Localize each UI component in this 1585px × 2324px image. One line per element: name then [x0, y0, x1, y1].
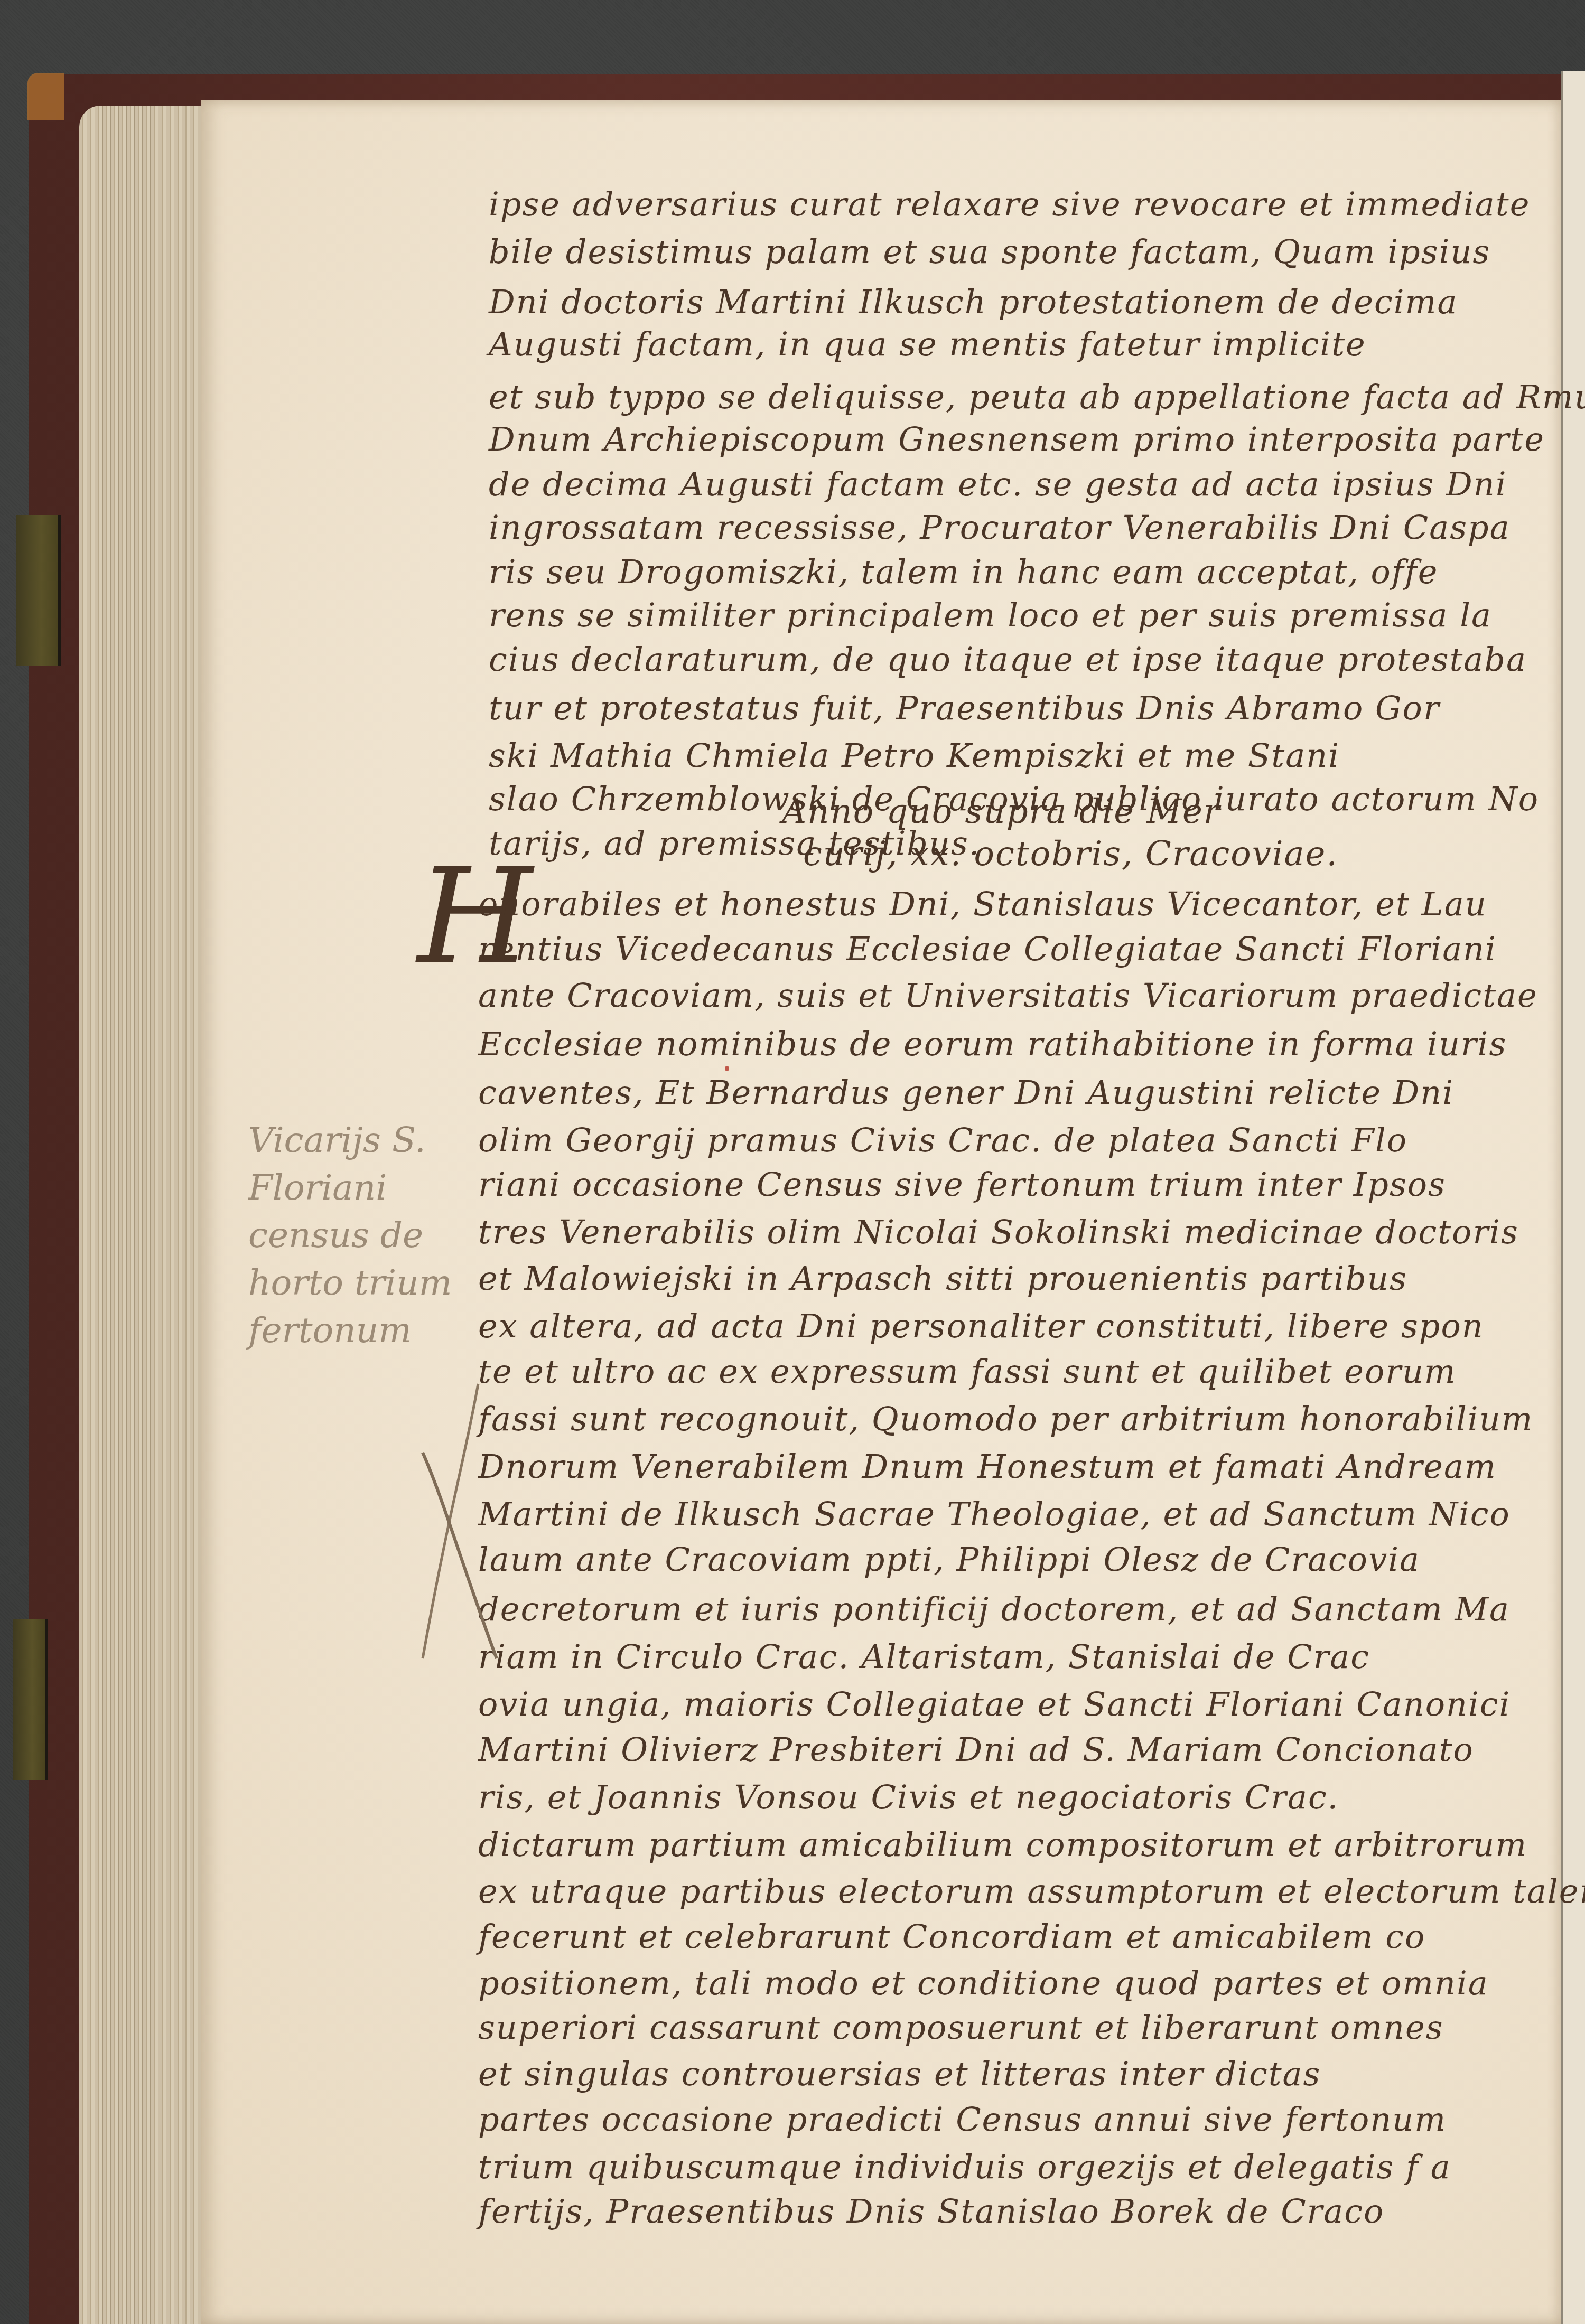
text-line: ex utraque partibus electorum assumptoru… [478, 1872, 1585, 1910]
text-line: te et ultro ac ex expressum fassi sunt e… [478, 1352, 1457, 1391]
text-line: fecerunt et celebrarunt Concordiam et am… [478, 1917, 1425, 1956]
text-line: dictarum partium amicabilium compositoru… [478, 1825, 1527, 1864]
heading-line: Anno quo supra die Mer [782, 792, 1220, 831]
text-line: Martini Olivierz Presbiteri Dni ad S. Ma… [478, 1730, 1474, 1769]
text-line: ante Cracoviam, suis et Universitatis Vi… [478, 976, 1538, 1015]
text-line: ski Mathia Chmiela Petro Kempiszki et me… [489, 736, 1340, 775]
text-line: Martini de Ilkusch Sacrae Theologiae, et… [478, 1495, 1511, 1533]
cover-corner-wear [27, 73, 64, 120]
text-line: olim Georgij pramus Civis Crac. de plate… [478, 1121, 1407, 1159]
lower-clasp [13, 1619, 48, 1780]
heading-line: curij, xx. octobris, Cracoviae. [803, 835, 1338, 874]
text-line: onorabiles et honestus Dni, Stanislaus V… [478, 885, 1487, 923]
text-line: ris, et Joannis Vonsou Civis et negociat… [478, 1778, 1339, 1816]
text-line: ris seu Drogomiszki, talem in hanc eam a… [489, 552, 1438, 591]
text-line: et Malowiejski in Arpasch sitti prouenie… [478, 1259, 1407, 1298]
text-line: et singulas controuersias et litteras in… [478, 2055, 1321, 2093]
text-line: de decima Augusti factam etc. se gesta a… [489, 465, 1507, 503]
margin-note-line: census de [248, 1215, 423, 1255]
text-line: caventes, Et Bernardus gener Dni Augusti… [478, 1073, 1454, 1112]
text-line: ingrossatam recessisse, Procurator Vener… [489, 508, 1511, 547]
text-line: et sub typpo se deliquisse, peuta ab app… [489, 378, 1585, 416]
text-line: Ecclesiae nominibus de eorum ratihabitio… [478, 1025, 1507, 1063]
text-line: ovia ungia, maioris Collegiatae et Sanct… [478, 1685, 1511, 1723]
text-line: superiori cassarunt composuerunt et libe… [478, 2008, 1444, 2047]
text-line: fertijs, Praesentibus Dnis Stanislao Bor… [478, 2192, 1384, 2231]
text-line: rens se similiter principalem loco et pe… [489, 596, 1492, 634]
margin-note-line: fertonum [248, 1310, 412, 1351]
text-line: positionem, tali modo et conditione quod… [478, 1964, 1489, 2002]
text-line: Dnorum Venerabilem Dnum Honestum et fama… [478, 1447, 1497, 1486]
text-line: Dni doctoris Martini Ilkusch protestatio… [489, 283, 1458, 321]
red-ink-spot [725, 1066, 729, 1071]
text-line: ipse adversarius curat relaxare sive rev… [489, 185, 1530, 223]
text-line: tur et protestatus fuit, Praesentibus Dn… [489, 689, 1440, 727]
margin-note-line: Floriani [248, 1167, 387, 1208]
text-line: fassi sunt recognouit, Quomodo per arbit… [478, 1400, 1533, 1438]
text-line: riani occasione Census sive fertonum tri… [478, 1165, 1446, 1204]
page-edges-stack [79, 106, 206, 2324]
cross-mark-icon [391, 1373, 507, 1669]
text-line: laum ante Cracoviam ppti, Philippi Olesz… [478, 1540, 1420, 1579]
text-line: cius declaraturum, de quo itaque et ipse… [489, 640, 1527, 679]
text-line: trium quibuscumque individuis orgezijs e… [478, 2148, 1451, 2186]
text-line: partes occasione praedicti Census annui … [478, 2100, 1447, 2139]
text-line: rentius Vicedecanus Ecclesiae Collegiata… [478, 930, 1497, 968]
text-line: tres Venerabilis olim Nicolai Sokolinski… [478, 1213, 1519, 1251]
text-line: ex altera, ad acta Dni personaliter cons… [478, 1307, 1484, 1345]
margin-note-line: horto trium [248, 1262, 452, 1303]
upper-clasp [16, 515, 61, 666]
text-line: Dnum Archiepiscopum Gnesnensem primo int… [489, 420, 1545, 458]
margin-note-line: Vicarijs S. [248, 1120, 426, 1160]
text-line: decretorum et iuris pontificij doctorem,… [478, 1590, 1510, 1628]
text-line: bile desistimus palam et sua sponte fact… [489, 232, 1490, 271]
text-line: Augusti factam, in qua se mentis fatetur… [489, 325, 1366, 363]
text-line: riam in Circulo Crac. Altaristam, Stanis… [478, 1637, 1370, 1676]
